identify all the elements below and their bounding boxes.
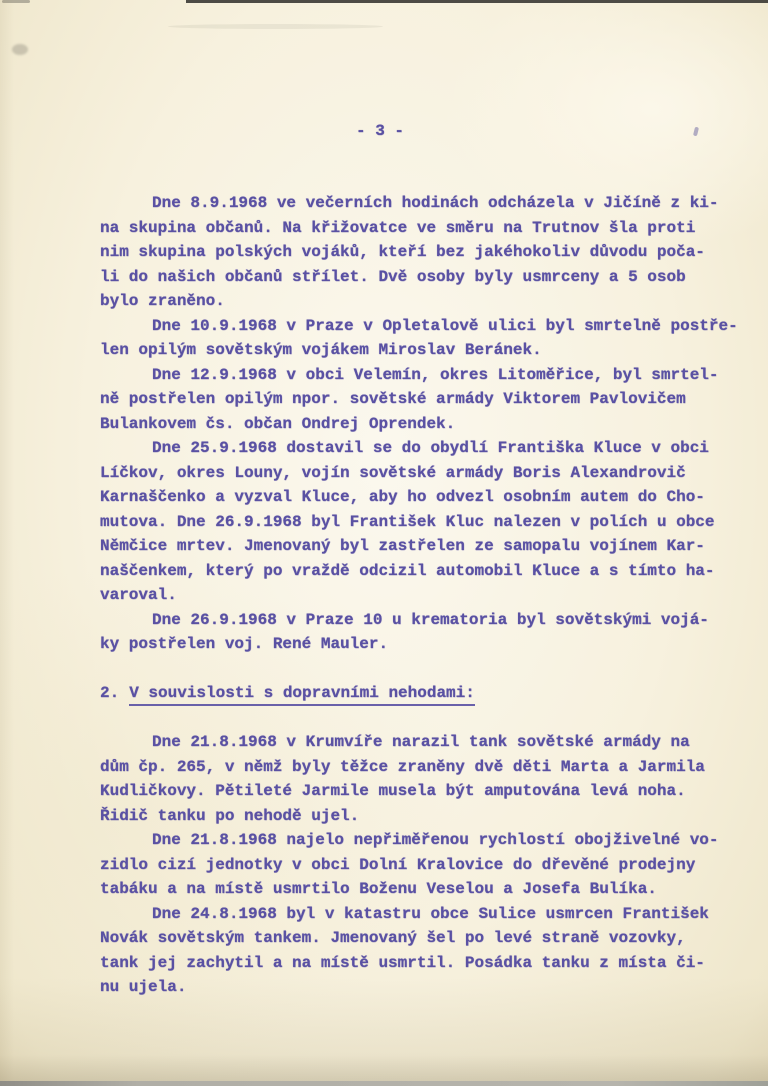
typewritten-line: tank jej zachytil a na místě usmrtil. Po… bbox=[100, 951, 740, 976]
paragraph: Dne 25.9.1968 dostavil se do obydlí Fran… bbox=[100, 436, 740, 608]
typewritten-line: Dne 8.9.1968 ve večerních hodinách odchá… bbox=[100, 191, 740, 216]
typewritten-line: len opilým sovětským vojákem Miroslav Be… bbox=[100, 338, 740, 363]
typewritten-line: Dne 21.8.1968 v Krumvíře narazil tank so… bbox=[100, 730, 740, 755]
typewritten-line: Dne 26.9.1968 v Praze 10 u krematoria by… bbox=[100, 608, 740, 633]
section-heading: 2.V souvislosti s dopravními nehodami: bbox=[100, 681, 740, 706]
typewritten-line: Dne 10.9.1968 v Praze v Opletalově ulici… bbox=[100, 314, 740, 339]
scan-smudge bbox=[168, 24, 383, 29]
document-body: Dne 8.9.1968 ve večerních hodinách odchá… bbox=[100, 191, 740, 1000]
section-number: 2. bbox=[100, 684, 119, 702]
typewritten-line: Novák sovětským tankem. Jmenovaný šel po… bbox=[100, 926, 740, 951]
paragraph: Dne 26.9.1968 v Praze 10 u krematoria by… bbox=[100, 608, 740, 657]
typewritten-line: bylo zraněno. bbox=[100, 289, 740, 314]
ink-speck bbox=[693, 127, 699, 137]
typewritten-line: mutova. Dne 26.9.1968 byl František Kluc… bbox=[100, 510, 740, 535]
scanned-document-page: - 3 - Dne 8.9.1968 ve večerních hodinách… bbox=[0, 0, 768, 1086]
page-edge-vignette bbox=[0, 0, 14, 1086]
typewritten-line: Dne 12.9.1968 v obci Velemín, okres Lito… bbox=[100, 363, 740, 388]
page-number: - 3 - bbox=[356, 119, 404, 144]
scan-bottom-edge bbox=[0, 1081, 768, 1086]
paragraph: Dne 10.9.1968 v Praze v Opletalově ulici… bbox=[100, 314, 740, 363]
typewritten-line: ně postřelen opilým npor. sovětské armád… bbox=[100, 387, 740, 412]
typewritten-line: na skupina občanů. Na křižovatce ve směr… bbox=[100, 216, 740, 241]
paragraph: Dne 21.8.1968 najelo nepřiměřenou rychlo… bbox=[100, 828, 740, 926]
typewritten-line: nu ujela. bbox=[100, 975, 740, 1000]
paragraph: Dne 8.9.1968 ve večerních hodinách odchá… bbox=[100, 191, 740, 314]
typewritten-line: Karnaščenko a vyzval Kluce, aby ho odvez… bbox=[100, 485, 740, 510]
typewritten-line: tabáku a na místě usmrtilo Boženu Veselo… bbox=[100, 877, 740, 902]
typewritten-line: naščenkem, který po vraždě odcizil autom… bbox=[100, 559, 740, 584]
typewritten-line: Dne 25.9.1968 dostavil se do obydlí Fran… bbox=[100, 436, 740, 461]
typewritten-line: Dne 24.8.1968 byl v katastru obce Sulice… bbox=[100, 902, 740, 927]
paragraph: Novák sovětským tankem. Jmenovaný šel po… bbox=[100, 926, 740, 1000]
typewritten-line: Dne 21.8.1968 najelo nepřiměřenou rychlo… bbox=[100, 828, 740, 853]
typewritten-line: ky postřelen voj. René Mauler. bbox=[100, 632, 740, 657]
typewritten-line: Řidič tanku po nehodě ujel. bbox=[100, 804, 740, 829]
page-bottom-shadow bbox=[0, 1055, 768, 1081]
typewritten-line: li do našich občanů střílet. Dvě osoby b… bbox=[100, 265, 740, 290]
paragraph: Dne 21.8.1968 v Krumvíře narazil tank so… bbox=[100, 730, 740, 828]
paragraph: Dne 12.9.1968 v obci Velemín, okres Lito… bbox=[100, 363, 740, 437]
corner-smudge bbox=[12, 44, 28, 55]
section-title: V souvislosti s dopravními nehodami: bbox=[129, 684, 475, 706]
typewritten-line: nim skupina polských vojáků, kteří bez j… bbox=[100, 240, 740, 265]
typewritten-line: Bulankovem čs. občan Ondrej Oprendek. bbox=[100, 412, 740, 437]
typewritten-line: dům čp. 265, v němž byly těžce zraněny d… bbox=[100, 755, 740, 780]
typewritten-line: Němčice mrtev. Jmenovaný byl zastřelen z… bbox=[100, 534, 740, 559]
typewritten-line: varoval. bbox=[100, 583, 740, 608]
typewritten-line: zidlo cizí jednotky v obci Dolní Kralovi… bbox=[100, 853, 740, 878]
scan-edge-artifact bbox=[186, 0, 768, 3]
typewritten-line: Líčkov, okres Louny, vojín sovětské armá… bbox=[100, 461, 740, 486]
typewritten-line: Kudličkovy. Pětileté Jarmile musela být … bbox=[100, 779, 740, 804]
